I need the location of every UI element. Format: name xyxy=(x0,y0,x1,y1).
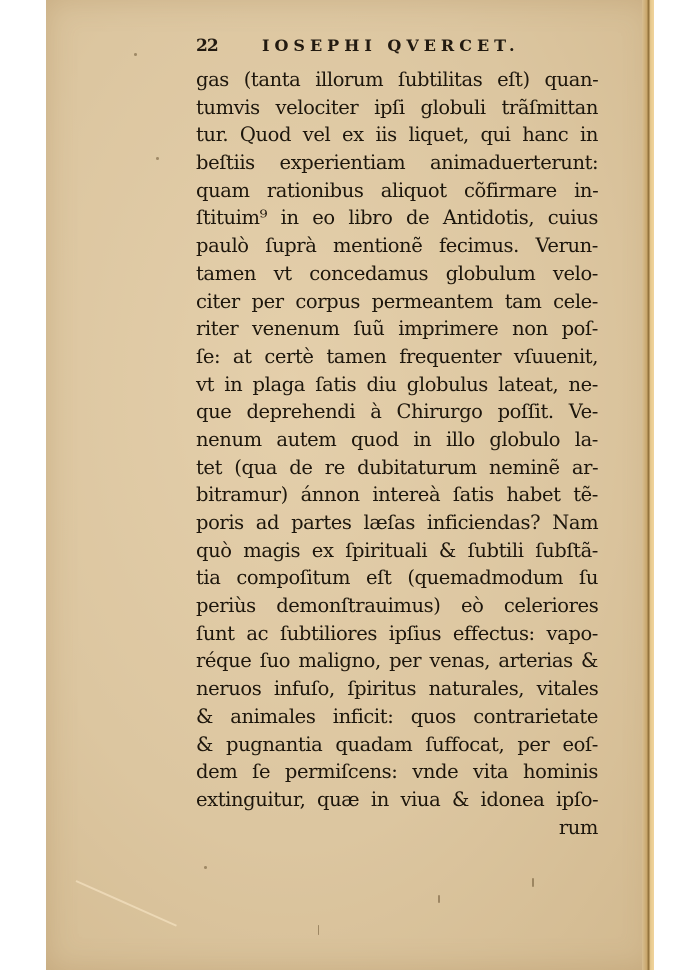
text-line: quam rationibus aliquot cõfirmare in- xyxy=(196,177,598,205)
text-line: & pugnantia quadam ſuffocat, per eoſ- xyxy=(196,731,598,759)
text-line: vt in plaga ſatis diu globulus lateat, n… xyxy=(196,371,598,399)
catchword: rum xyxy=(196,814,598,842)
text-line: periùs demonſtrauimus) eò celeriores xyxy=(196,592,598,620)
text-line: nenum autem quod in illo globulo la- xyxy=(196,426,598,454)
page-number: 22 xyxy=(196,36,218,56)
text-line: paulò ſuprà mentionẽ fecimus. Verun- xyxy=(196,232,598,260)
text-line: tamen vt concedamus globulum velo- xyxy=(196,260,598,288)
paper-speck xyxy=(532,878,534,887)
text-line: tumvis velociter ipſi globuli trãſmittan xyxy=(196,94,598,122)
paper-speck xyxy=(156,157,159,160)
text-line: neruos infuſo, ſpiritus naturales, vital… xyxy=(196,675,598,703)
paper-speck xyxy=(134,53,137,56)
body-text: gas (tanta illorum ſubtilitas eſt) quan-… xyxy=(196,66,598,841)
paper-speck xyxy=(438,895,440,903)
paper-crease xyxy=(76,880,177,927)
text-line: citer per corpus permeantem tam cele- xyxy=(196,288,598,316)
text-line: que deprehendi à Chirurgo poſſit. Ve- xyxy=(196,398,598,426)
text-line: tia compoſitum eſt (quemadmodum ſu xyxy=(196,564,598,592)
paper-speck xyxy=(204,866,207,869)
text-line: ſe: at certè tamen frequenter vſuuenit, xyxy=(196,343,598,371)
paper-speck xyxy=(318,925,319,935)
text-line: ſtituim⁹ in eo libro de Antidotis, cuius xyxy=(196,204,598,232)
running-title: IOSEPHI QVERCET. xyxy=(262,36,520,55)
text-line: réque ſuo maligno, per venas, arterias & xyxy=(196,647,598,675)
text-line: dem ſe permiſcens: vnde vita hominis xyxy=(196,758,598,786)
running-head: 22 IOSEPHI QVERCET. xyxy=(196,36,596,60)
text-line: gas (tanta illorum ſubtilitas eſt) quan- xyxy=(196,66,598,94)
text-line: beſtiis experientiam animaduerterunt: xyxy=(196,149,598,177)
text-line: bitramur) ánnon intereà ſatis habet tẽ- xyxy=(196,481,598,509)
page-edge xyxy=(642,0,654,970)
text-line: riter venenum ſuũ imprimere non poſ- xyxy=(196,315,598,343)
text-line: poris ad partes læſas inficiendas? Nam xyxy=(196,509,598,537)
text-line: quò magis ex ſpirituali & ſubtili ſubſtã… xyxy=(196,537,598,565)
text-line: ſunt ac ſubtiliores ipſius effectus: vap… xyxy=(196,620,598,648)
text-line: tur. Quod vel ex iis liquet, qui hanc in xyxy=(196,121,598,149)
text-line: extinguitur, quæ in viua & idonea ipſo- xyxy=(196,786,598,814)
text-line: & animales inficit: quos contrarietate xyxy=(196,703,598,731)
text-line: tet (qua de re dubitaturum neminẽ ar- xyxy=(196,454,598,482)
